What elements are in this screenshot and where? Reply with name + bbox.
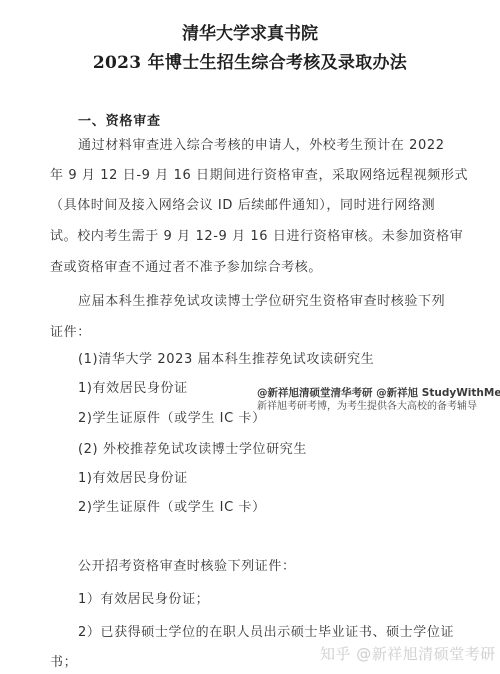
list-item: 1）有效居民身份证； — [78, 591, 209, 609]
overlay-watermark: @新祥旭清硕堂清华考研 @新祥旭 StudyWithMe 新祥旭考研考博，为考生… — [257, 386, 497, 414]
paragraph-line: 应届本科生推荐免试攻读博士学位研究生资格审查时核验下列 — [78, 293, 445, 311]
section-heading: 一、资格审查 — [78, 110, 161, 129]
paragraph-line: 公开招考资格审查时核验下列证件： — [78, 558, 296, 576]
list-item: 1)有效居民身份证 — [78, 470, 188, 488]
platform-watermark: 知乎 @新祥旭清硕堂考研 — [320, 643, 496, 664]
list-item: 1)有效居民身份证 — [78, 380, 188, 398]
paragraph-line: 年 9 月 12 日-9 月 16 日期间进行资格审查，采取网络远程视频形式 — [50, 167, 468, 185]
document-page: 清华大学求真书院 2023 年博士生招生综合考核及录取办法 一、资格审查 通过材… — [0, 0, 500, 674]
watermark-tagline: 新祥旭考研考博，为考生提供各大高校的备考辅导 — [257, 400, 497, 414]
paragraph-line: 证件： — [50, 324, 91, 342]
paragraph-line: （具体时间及接入网络会议 ID 后续邮件通知），同时进行网络测 — [50, 197, 435, 215]
document-subtitle: 2023 年博士生招生综合考核及录取办法 — [0, 48, 500, 73]
paragraph-line: 查或资格审查不通过者不准予参加综合考核。 — [50, 259, 322, 277]
list-item: 2)学生证原件（或学生 IC 卡） — [78, 410, 266, 428]
paragraph-line: 通过材料审查进入综合考核的申请人，外校考生预计在 2022 — [78, 137, 445, 155]
document-title: 清华大学求真书院 — [0, 19, 500, 44]
watermark-handles: @新祥旭清硕堂清华考研 @新祥旭 StudyWithMe — [257, 386, 497, 400]
list-item: 2）已获得硕士学位的在职人员出示硕士毕业证书、硕士学位证 — [78, 624, 454, 642]
list-item: 2)学生证原件（或学生 IC 卡） — [78, 499, 266, 517]
list-group-label: (2) 外校推荐免试攻读博士学位研究生 — [78, 441, 307, 459]
list-item: 书； — [50, 654, 77, 672]
list-group-label: (1)清华大学 2023 届本科生推荐免试攻读研究生 — [78, 351, 374, 369]
paragraph-line: 试。校内考生需于 9 月 12-9 月 16 日进行资格审核。未参加资格审 — [50, 228, 463, 246]
